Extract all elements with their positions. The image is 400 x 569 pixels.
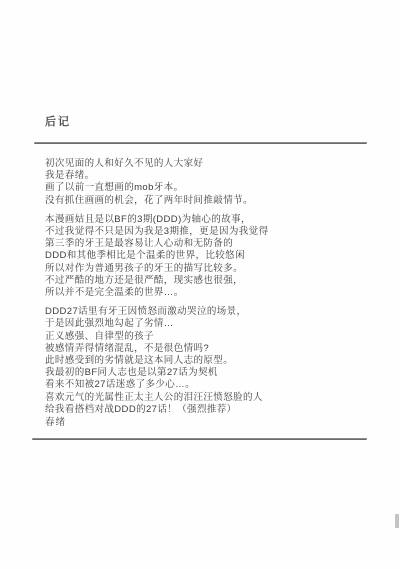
text-line: 喜欢元气的光属性正太主人公的泪汪汪愤怒脸的人	[45, 392, 365, 404]
paragraph: DDD27话里有牙王因愤怒而激动哭泣的场景，于是因此强烈地勾起了劣情…正义感强、…	[45, 306, 365, 416]
text-line: 画了以前一直想画的mob牙本。	[45, 182, 365, 194]
text-line: 被感情弄得情绪混乱，不是很色情吗?	[45, 343, 365, 355]
text-line: 于是因此强烈地勾起了劣情…	[45, 318, 365, 330]
text-line: 不过我觉得不只是因为我是3期推，更是因为我觉得	[45, 226, 365, 238]
text-line: DDD和其他季相比是个温柔的世界，比较悠闲	[45, 250, 365, 262]
edge-page-mark	[395, 514, 399, 528]
text-line: 给我看搭档对战DDD的27话！（强烈推荐）	[45, 404, 365, 416]
afterword-page: 后记 初次见面的人和好久不见的人大家好我是春绪。画了以前一直想画的mob牙本。没…	[0, 0, 400, 569]
text-line: 所以并不是完全温柔的世界…。	[45, 287, 365, 299]
text-line: 第三季的牙王是最容易让人心动和无防备的	[45, 238, 365, 250]
paragraph: 本漫画姑且是以BF的3期(DDD)为轴心的故事，不过我觉得不只是因为我是3期推，…	[45, 214, 365, 299]
text-line: 看来不知被27话迷惑了多少心…。	[45, 379, 365, 391]
text-line: 我最初的BF同人志也是以第27话为契机	[45, 367, 365, 379]
paragraph: 初次见面的人和好久不见的人大家好我是春绪。画了以前一直想画的mob牙本。没有抓住…	[45, 158, 365, 207]
text-line: 所以对作为普通男孩子的牙王的描写比较多。	[45, 263, 365, 275]
divider-top	[34, 142, 367, 144]
text-line: 不过严酷的地方还是很严酷，现实感也很强，	[45, 275, 365, 287]
text-line: 我是春绪。	[45, 170, 365, 182]
page-title: 后记	[45, 113, 71, 129]
text-line: 本漫画姑且是以BF的3期(DDD)为轴心的故事，	[45, 214, 365, 226]
text-line: 初次见面的人和好久不见的人大家好	[45, 158, 365, 170]
text-line: 没有抓住画画的机会，花了两年时间推敲情节。	[45, 195, 365, 207]
text-line: DDD27话里有牙王因愤怒而激动哭泣的场景，	[45, 306, 365, 318]
text-line: 此时感受到的劣情就是这本同人志的原型。	[45, 355, 365, 367]
signature: 春绪	[45, 414, 66, 428]
divider-bottom	[32, 438, 367, 440]
body-text: 初次见面的人和好久不见的人大家好我是春绪。画了以前一直想画的mob牙本。没有抓住…	[45, 158, 365, 423]
text-line: 正义感强、自律型的孩子	[45, 331, 365, 343]
